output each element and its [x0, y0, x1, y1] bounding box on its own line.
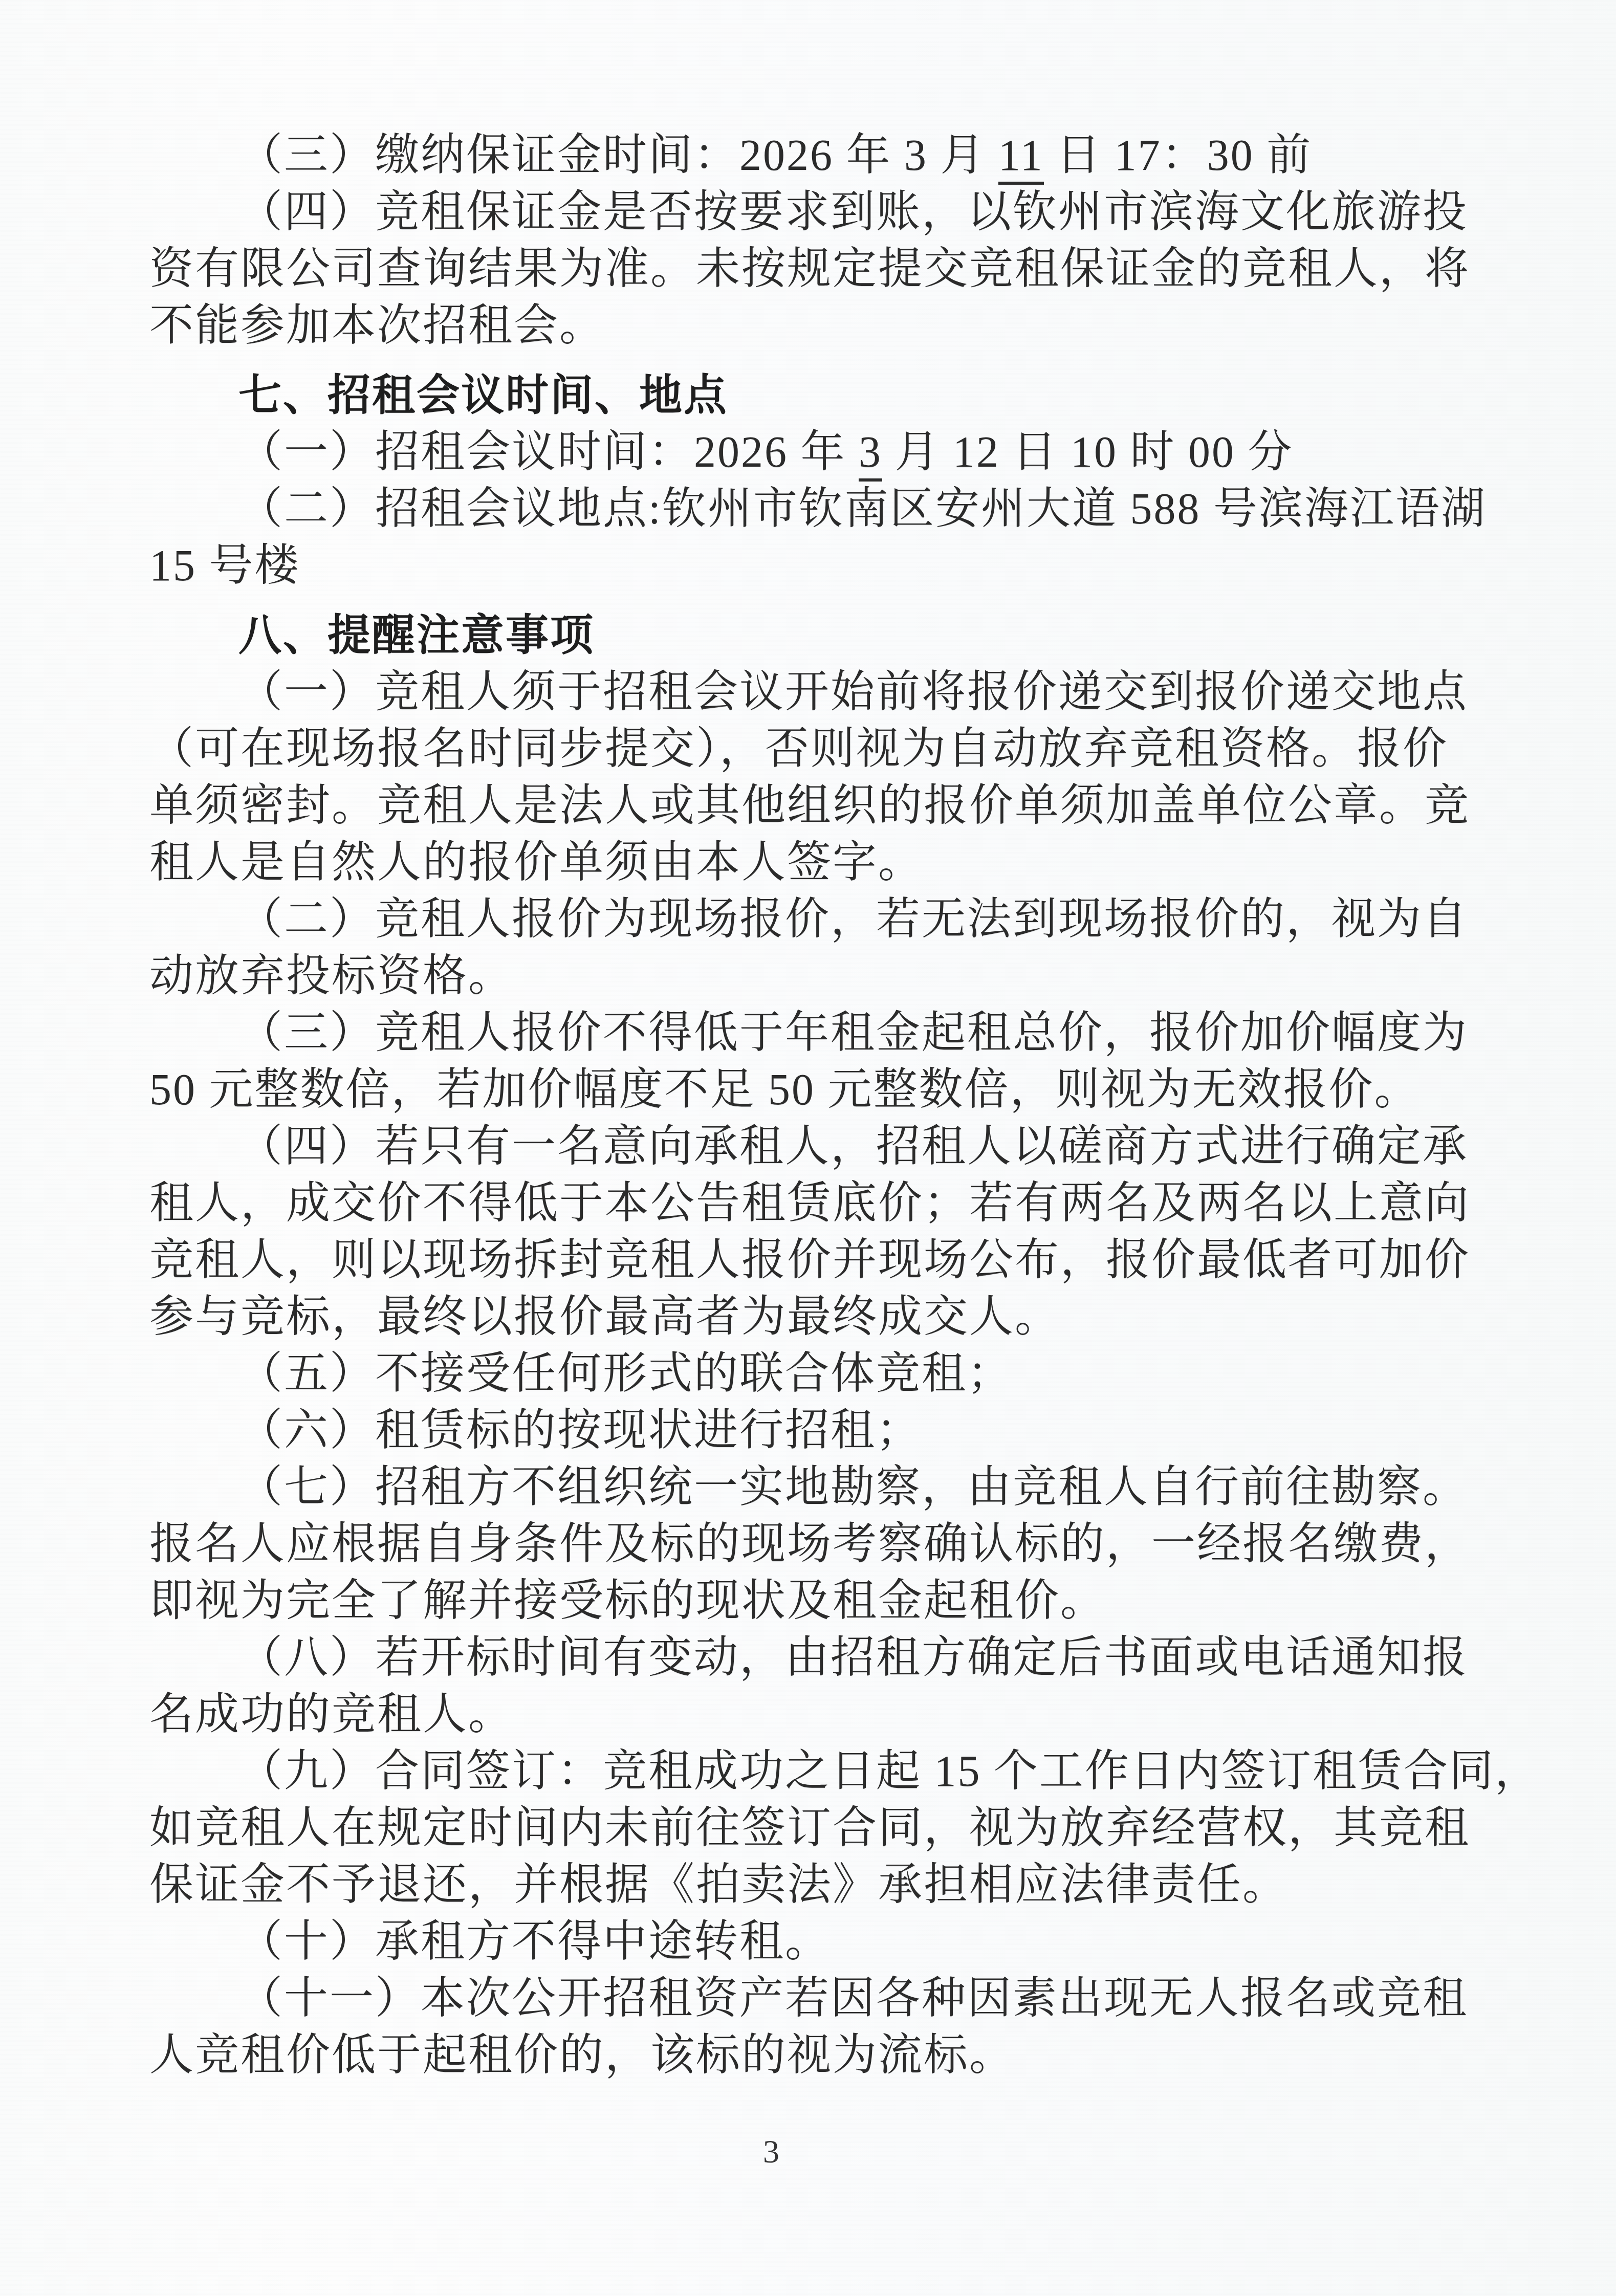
- text-segment: 15 号楼: [149, 541, 300, 590]
- text-segment: （八）若开标时间有变动，由招租方确定后书面或电话通知报: [238, 1633, 1468, 1682]
- text-segment: 50 元整数倍，若加价幅度不足 50 元整数倍，则视为无效报价。: [149, 1065, 1420, 1114]
- text-line: （三）缴纳保证金时间：2026 年 3 月 11 日 17：30 前: [149, 127, 1483, 184]
- text-line: 50 元整数倍，若加价幅度不足 50 元整数倍，则视为无效报价。: [149, 1061, 1483, 1118]
- text-line: 名成功的竞租人。: [149, 1686, 1483, 1743]
- text-line: 竞租人，则以现场拆封竞租人报价并现场公布，报价最低者可加价: [149, 1232, 1483, 1288]
- underlined-text: 3: [859, 427, 882, 482]
- text-segment: （九）合同签订：竞租成功之日起 15 个工作日内签订租赁合同，: [238, 1746, 1540, 1796]
- text-line: 即视为完全了解并接受标的现状及租金起租价。: [149, 1572, 1483, 1629]
- text-segment: 参与竞标，最终以报价最高者为最终成交人。: [149, 1292, 1060, 1341]
- text-line: （十）承租方不得中途转租。: [149, 1913, 1483, 1970]
- text-line: （十一）本次公开招租资产若因各种因素出现无人报名或竞租: [149, 1970, 1483, 2027]
- document-page: （三）缴纳保证金时间：2026 年 3 月 11 日 17：30 前（四）竞租保…: [0, 0, 1616, 2296]
- text-segment: 竞租人，则以现场拆封竞租人报价并现场公布，报价最低者可加价: [149, 1235, 1470, 1284]
- text-segment: 不能参加本次招租会。: [149, 301, 605, 350]
- document-body: （三）缴纳保证金时间：2026 年 3 月 11 日 17：30 前（四）竞租保…: [149, 127, 1483, 2084]
- text-segment: 即视为完全了解并接受标的现状及租金起租价。: [149, 1576, 1106, 1625]
- text-segment: （二）竞租人报价为现场报价，若无法到现场报价的，视为自: [238, 894, 1468, 944]
- section-heading: 八、提醒注意事项: [149, 607, 1483, 664]
- text-segment: 如竞租人在规定时间内未前往签订合同，视为放弃经营权，其竞租: [149, 1803, 1470, 1852]
- text-segment: （一）竞租人须于招租会议开始前将报价递交到报价递交地点: [238, 667, 1468, 716]
- text-line: 不能参加本次招租会。: [149, 297, 1483, 354]
- text-segment: 动放弃投标资格。: [149, 951, 514, 1000]
- text-segment: （六）租赁标的按现状进行招租；: [238, 1406, 922, 1455]
- text-segment: （一）招租会议时间：2026 年: [238, 427, 859, 476]
- section-heading: 七、招租会议时间、地点: [149, 367, 1483, 424]
- text-line: （六）租赁标的按现状进行招租；: [149, 1402, 1483, 1459]
- text-segment: 名成功的竞租人。: [149, 1690, 514, 1739]
- text-line: （九）合同签订：竞租成功之日起 15 个工作日内签订租赁合同，: [149, 1743, 1483, 1800]
- text-line: （四）若只有一名意向承租人，招租人以磋商方式进行确定承: [149, 1118, 1483, 1175]
- text-line: 单须密封。竞租人是法人或其他组织的报价单须加盖单位公章。竞: [149, 777, 1483, 834]
- text-line: 参与竞标，最终以报价最高者为最终成交人。: [149, 1288, 1483, 1345]
- text-segment: （四）若只有一名意向承租人，招租人以磋商方式进行确定承: [238, 1122, 1468, 1171]
- page-number: 3: [763, 2133, 779, 2170]
- text-line: 租人是自然人的报价单须由本人签字。: [149, 834, 1483, 891]
- text-segment: （二）招租会议地点:钦州市钦南区安州大道 588 号滨海江语湖: [238, 484, 1487, 533]
- text-line: 租人，成交价不得低于本公告租赁底价；若有两名及两名以上意向: [149, 1175, 1483, 1232]
- text-segment: 月 12 日 10 时 00 分: [882, 427, 1294, 476]
- text-segment: 日 17：30 前: [1044, 130, 1313, 180]
- text-line: （二）招租会议地点:钦州市钦南区安州大道 588 号滨海江语湖: [149, 480, 1483, 537]
- text-line: 人竞租价低于起租价的，该标的视为流标。: [149, 2027, 1483, 2084]
- text-segment: （五）不接受任何形式的联合体竞租；: [238, 1349, 1013, 1398]
- text-segment: （十）承租方不得中途转租。: [238, 1917, 831, 1966]
- text-line: 动放弃投标资格。: [149, 948, 1483, 1004]
- text-line: （一）竞租人须于招租会议开始前将报价递交到报价递交地点: [149, 664, 1483, 720]
- text-line: （二）竞租人报价为现场报价，若无法到现场报价的，视为自: [149, 891, 1483, 948]
- text-segment: 单须密封。竞租人是法人或其他组织的报价单须加盖单位公章。竞: [149, 781, 1470, 830]
- text-line: （七）招租方不组织统一实地勘察，由竞租人自行前往勘察。: [149, 1459, 1483, 1516]
- text-line: （三）竞租人报价不得低于年租金起租总价，报价加价幅度为: [149, 1004, 1483, 1061]
- text-segment: 八、提醒注意事项: [238, 610, 595, 660]
- text-line: （四）竞租保证金是否按要求到账，以钦州市滨海文化旅游投: [149, 184, 1483, 240]
- text-segment: 资有限公司查询结果为准。未按规定提交竞租保证金的竞租人，将: [149, 244, 1470, 293]
- text-segment: 保证金不予退还，并根据《拍卖法》承担相应法律责任。: [149, 1860, 1288, 1909]
- text-segment: （三）竞租人报价不得低于年租金起租总价，报价加价幅度为: [238, 1008, 1468, 1057]
- text-segment: （七）招租方不组织统一实地勘察，由竞租人自行前往勘察。: [238, 1462, 1468, 1512]
- text-line: 保证金不予退还，并根据《拍卖法》承担相应法律责任。: [149, 1856, 1483, 1913]
- text-segment: 人竞租价低于起租价的，该标的视为流标。: [149, 2030, 1015, 2080]
- text-line: 资有限公司查询结果为准。未按规定提交竞租保证金的竞租人，将: [149, 240, 1483, 297]
- text-segment: （可在现场报名时同步提交），否则视为自动放弃竞租资格。报价: [149, 724, 1448, 773]
- text-segment: （十一）本次公开招租资产若因各种因素出现无人报名或竞租: [238, 1974, 1468, 2023]
- text-line: （可在现场报名时同步提交），否则视为自动放弃竞租资格。报价: [149, 720, 1483, 777]
- text-line: 报名人应根据自身条件及标的现场考察确认标的，一经报名缴费，: [149, 1516, 1483, 1572]
- text-line: 如竞租人在规定时间内未前往签订合同，视为放弃经营权，其竞租: [149, 1800, 1483, 1856]
- text-line: （五）不接受任何形式的联合体竞租；: [149, 1345, 1483, 1402]
- text-segment: 七、招租会议时间、地点: [238, 370, 728, 420]
- underlined-text: 11: [998, 130, 1044, 185]
- text-segment: （四）竞租保证金是否按要求到账，以钦州市滨海文化旅游投: [238, 187, 1468, 236]
- text-line: 15 号楼: [149, 537, 1483, 594]
- page-footer: 3: [0, 2133, 1616, 2171]
- text-line: （八）若开标时间有变动，由招租方确定后书面或电话通知报: [149, 1629, 1483, 1686]
- text-segment: 租人是自然人的报价单须由本人签字。: [149, 838, 924, 887]
- text-segment: （三）缴纳保证金时间：2026 年 3 月: [238, 130, 998, 180]
- text-line: （一）招租会议时间：2026 年 3 月 12 日 10 时 00 分: [149, 424, 1483, 480]
- text-segment: 租人，成交价不得低于本公告租赁底价；若有两名及两名以上意向: [149, 1178, 1470, 1228]
- text-segment: 报名人应根据自身条件及标的现场考察确认标的，一经报名缴费，: [149, 1519, 1470, 1568]
